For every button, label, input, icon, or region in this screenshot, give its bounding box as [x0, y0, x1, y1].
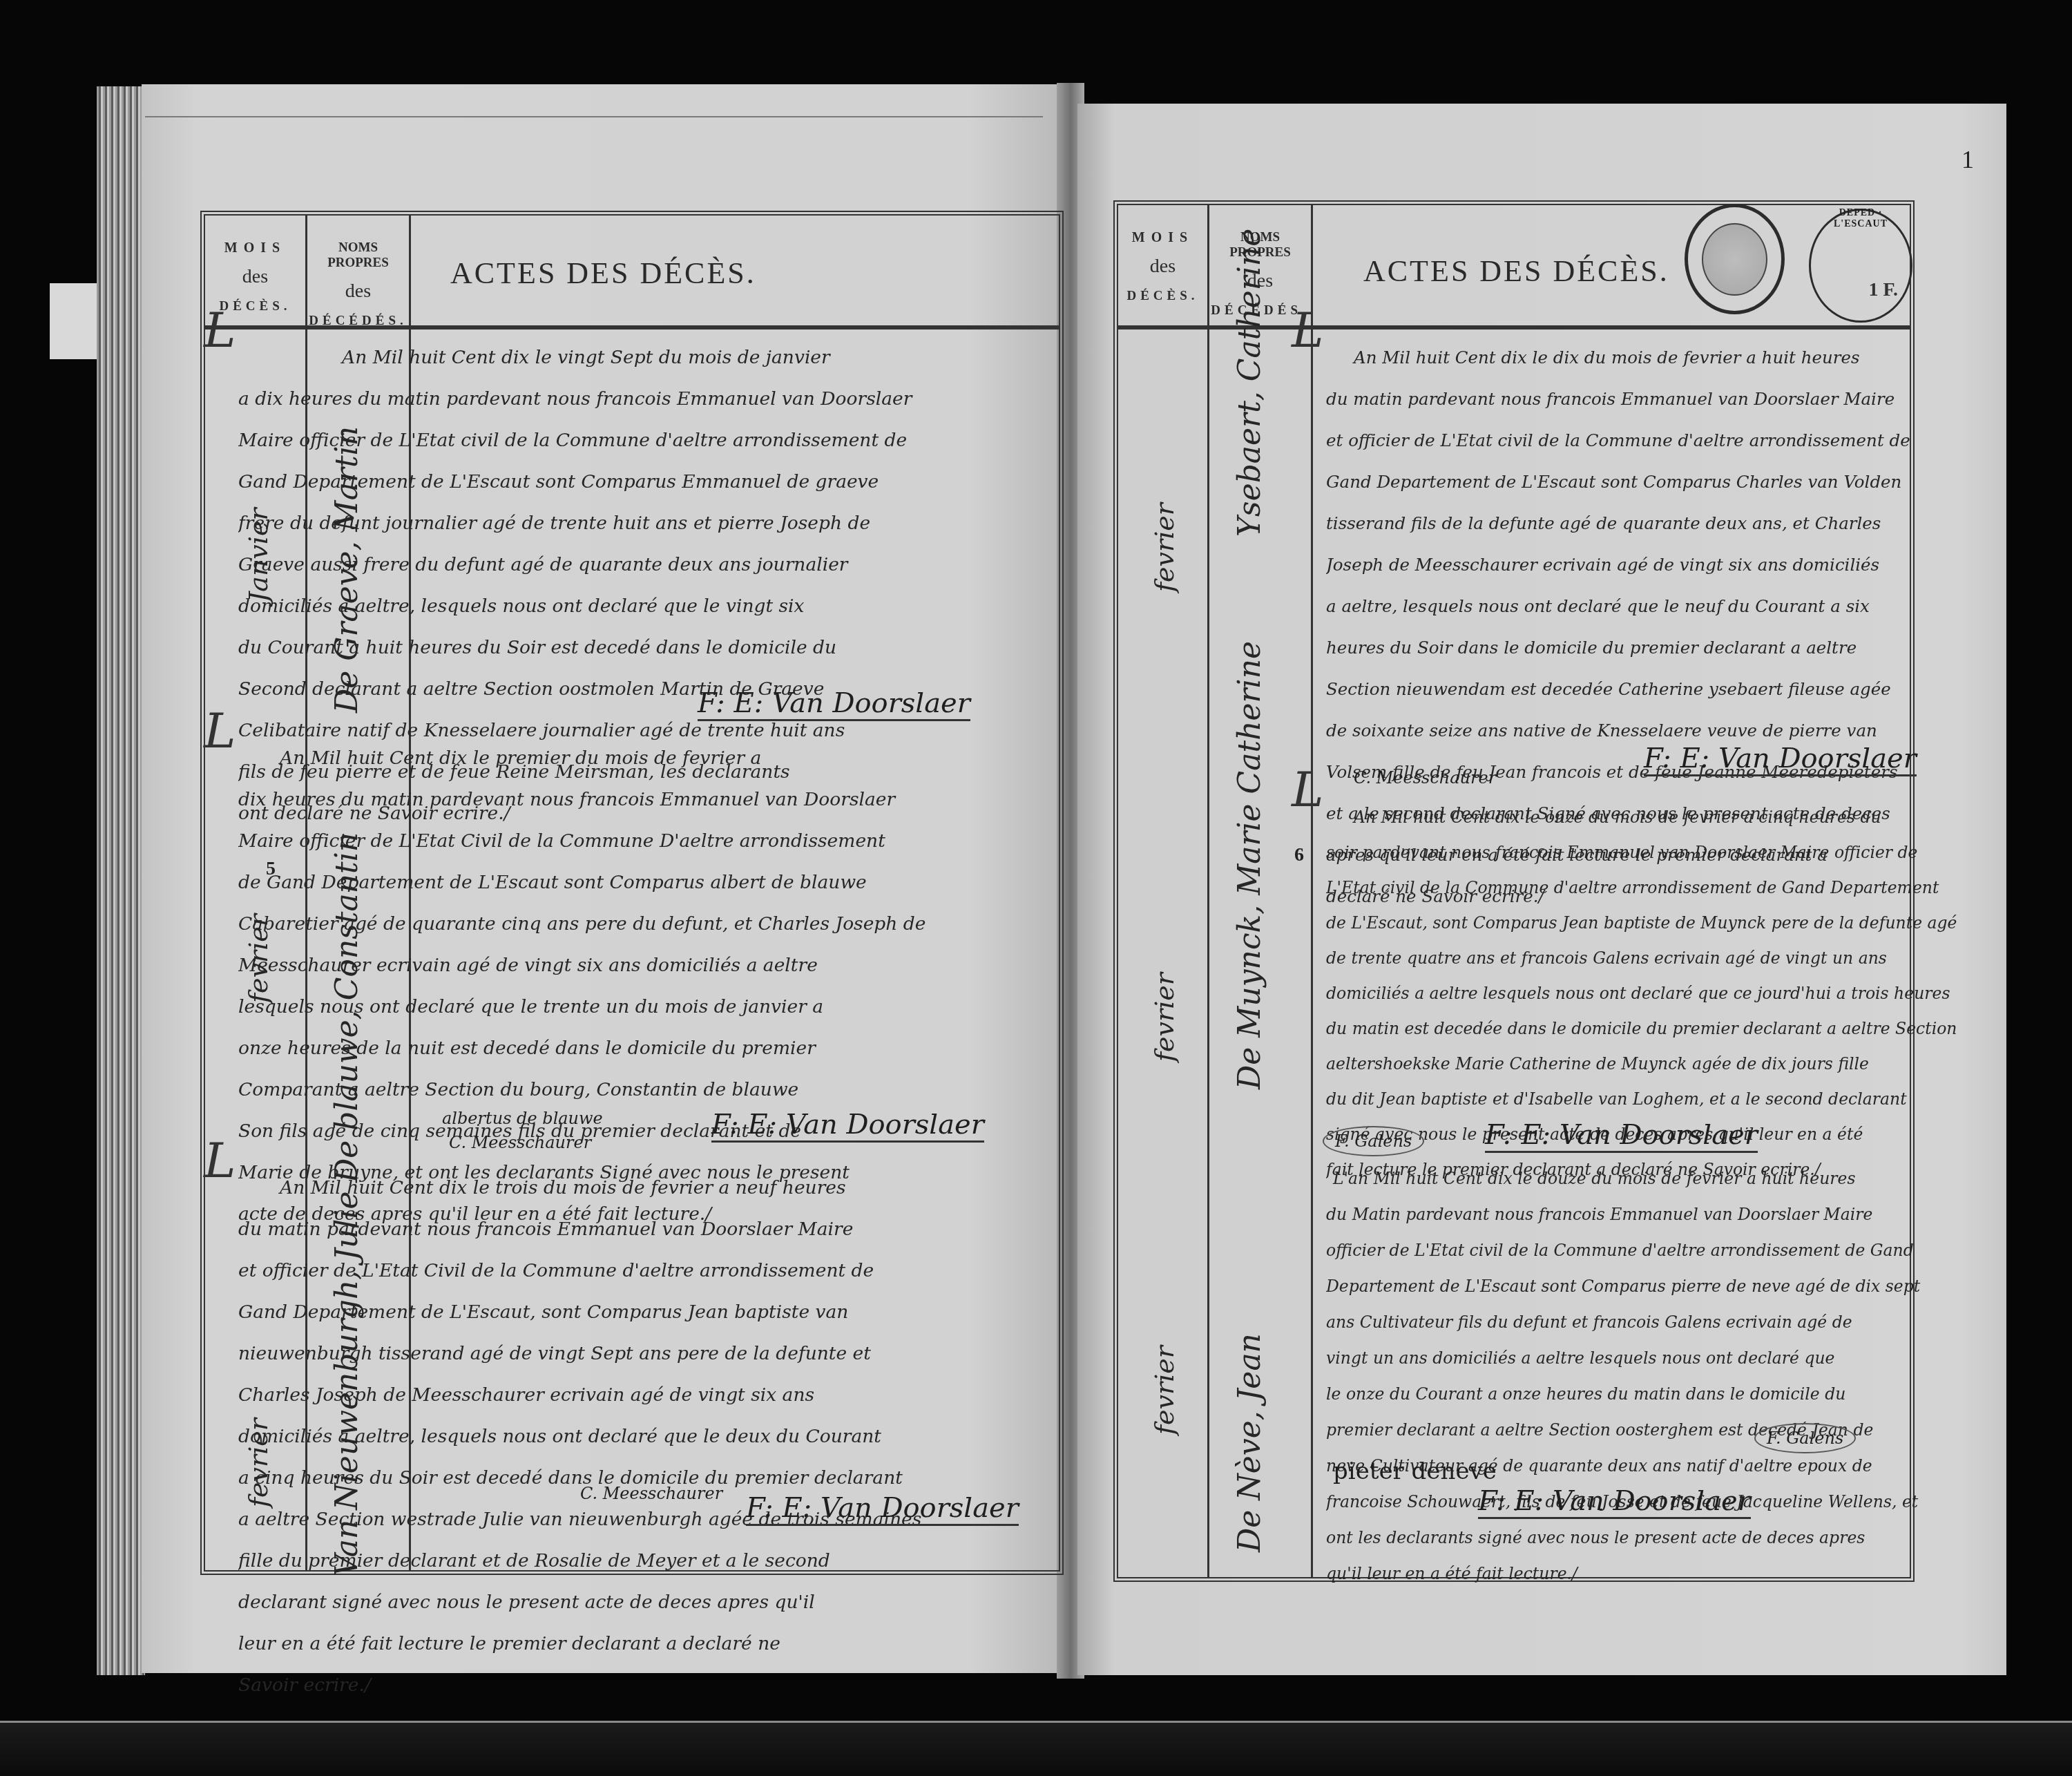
- column-header-names: NOMS PROPRES des DÉCÉDÉS.: [307, 216, 411, 325]
- act-line: Section nieuwendam est decedée Catherine…: [1326, 669, 1982, 710]
- witness-signature: pieter deneve: [1333, 1458, 1497, 1485]
- act-line: Meesschaurer ecrivain agé de vingt six a…: [238, 945, 1081, 986]
- witness-signature: C. Meesschaurer: [449, 1133, 591, 1152]
- act-line: domiciliés a aeltre, lesquels nous ont d…: [238, 586, 1081, 627]
- mayor-signature: F: E: Van Doorslaer: [1644, 743, 1917, 774]
- column-header-line: DÉCÉDÉS.: [307, 314, 409, 329]
- column-header-line: DÉCÈS.: [1118, 289, 1207, 304]
- act-line: ont les declarants signé avec nous le pr…: [1326, 1520, 1989, 1556]
- left-register-header: MOIS des DÉCÈS. NOMS PROPRES des DÉCÉDÉS…: [205, 216, 1059, 330]
- act-line: le onze du Courant a onze heures du mati…: [1326, 1376, 1989, 1412]
- mayor-signature: F: E: Van Doorslaer: [1485, 1119, 1758, 1151]
- act-line: heures du Soir dans le domicile du premi…: [1326, 627, 1982, 669]
- act-paragraph-mark: L: [204, 1140, 236, 1181]
- signature-text: F: E: Van Doorslaer: [698, 687, 970, 721]
- stamp-denomination: 1 F.: [1868, 279, 1898, 301]
- act-line: declarant signé avec nous le present act…: [238, 1582, 1081, 1623]
- act-line: Charles Joseph de Meesschaurer ecrivain …: [238, 1375, 1081, 1416]
- mayor-signature: F: E: Van Doorslaer: [746, 1492, 1019, 1524]
- act-line: vingt un ans domiciliés a aeltre lesquel…: [1326, 1340, 1989, 1376]
- act-line: du Matin pardevant nous francois Emmanue…: [1326, 1196, 1989, 1232]
- witness-signature: C. Meesschaurer: [1354, 768, 1496, 787]
- act-line: officier de L'Etat civil de la Commune d…: [1326, 1232, 1989, 1268]
- act-line: An Mil huit Cent dix le trois du mois de…: [238, 1167, 1081, 1209]
- tax-stamp-extraordinaire: [1685, 204, 1785, 314]
- column-divider: [1207, 330, 1209, 1577]
- act-paragraph-mark: L: [204, 710, 236, 752]
- act-line: du matin pardevant nous francois Emmanue…: [1326, 379, 1982, 420]
- act-line: du Courant a huit heures du Soir est dec…: [238, 627, 1081, 669]
- witness-signature: albertus de blauwe: [442, 1109, 603, 1128]
- act-line: Comparant a aeltre Section du bourg, Con…: [238, 1069, 1081, 1111]
- act-line: de Gand Departement de L'Escaut sont Com…: [238, 862, 1081, 904]
- act-line: et officier de L'Etat civil de la Commun…: [1326, 420, 1982, 461]
- act-line: du matin pardevant nous francois Emmanue…: [238, 1209, 1081, 1250]
- signature-text: F: E: Van Doorslaer: [1478, 1485, 1751, 1519]
- column-header-months: MOIS des DÉCÈS.: [1118, 205, 1209, 325]
- act-line: soir pardevant nous francois Emmanuel va…: [1326, 835, 1989, 870]
- entry-deceased-name: De Nève, Jean: [1232, 1333, 1267, 1552]
- act-line: Gand Departement de L'Escaut sont Compar…: [238, 461, 1081, 503]
- act-paragraph-mark: L: [1292, 309, 1323, 351]
- act-line: Gand Departement de L'Escaut sont Compar…: [1326, 461, 1982, 503]
- entry-number: 6: [1294, 844, 1304, 866]
- act-line: Cabaretier agé de quarante cinq ans pere…: [238, 904, 1081, 945]
- witness-signature: F. Galens: [1323, 1126, 1424, 1156]
- act-line: Joseph de Meesschaurer ecrivain agé de v…: [1326, 544, 1982, 586]
- page-title: ACTES DES DÉCÈS.: [1363, 254, 1669, 289]
- death-act-entry: L An Mil huit Cent dix le premier du moi…: [238, 738, 1081, 1235]
- act-line: du matin est decedée dans le domicile du…: [1326, 1011, 1989, 1047]
- act-line: ans Cultivateur fils du defunt et franco…: [1326, 1304, 1989, 1340]
- column-header-line: NOMS PROPRES: [307, 240, 409, 271]
- stamp-text: DEPED · L'ESCAUT: [1811, 208, 1910, 230]
- act-paragraph-mark: L: [1292, 772, 1323, 808]
- page-title: ACTES DES DÉCÈS.: [450, 256, 756, 291]
- department-stamp-escaut: DEPED · L'ESCAUT 1 F.: [1809, 209, 1912, 323]
- act-line: du dit Jean baptiste et d'Isabelle van L…: [1326, 1082, 1989, 1117]
- column-header-line: des: [205, 266, 305, 288]
- death-act-entry: L An Mil huit Cent dix le trois du mois …: [238, 1167, 1081, 1706]
- mayor-signature: F: E: Van Doorslaer: [711, 1109, 984, 1140]
- column-header-line: MOIS: [205, 240, 305, 256]
- entry-month: fevrier: [1149, 973, 1180, 1062]
- act-line: Maire officier de L'Etat civil de la Com…: [238, 420, 1081, 461]
- act-line: L'an Mil huit Cent dix le douze du mois …: [1326, 1161, 1989, 1196]
- column-header-line: MOIS: [1118, 230, 1207, 246]
- act-line: premier declarant a aeltre Section ooste…: [1326, 1412, 1989, 1448]
- stamp-emblem: [1702, 223, 1767, 296]
- act-line: Savoir ecrire./: [238, 1665, 1081, 1706]
- column-header-line: des: [307, 280, 409, 303]
- act-line: Maire officier de L'Etat Civil de la Com…: [238, 821, 1081, 862]
- act-line: An Mil huit Cent dix le premier du mois …: [238, 738, 1081, 779]
- act-line: de trente quatre ans et francois Galens …: [1326, 941, 1989, 976]
- witness-signature: F. Galens: [1754, 1423, 1856, 1453]
- act-line: tisserand fils de la defunte agé de quar…: [1326, 503, 1982, 544]
- act-line: Graeve aussi frere du defunt agé de quar…: [238, 544, 1081, 586]
- bookmark-tab: [50, 283, 98, 359]
- act-line: a dix heures du matin pardevant nous fra…: [238, 379, 1081, 420]
- entry-deceased-name: Ysebaert, Catherine: [1232, 229, 1267, 537]
- entry-month: fevrier: [1149, 503, 1180, 592]
- signature-text: F: E: Van Doorslaer: [1644, 743, 1917, 776]
- act-line: qu'il leur en a été fait lecture./: [1326, 1556, 1989, 1592]
- act-line: et officier de L'Etat Civil de la Commun…: [238, 1250, 1081, 1292]
- act-line: domiciliés a aeltre, lesquels nous ont d…: [238, 1416, 1081, 1458]
- act-paragraph-mark: L: [204, 309, 236, 351]
- left-page-top-edge: [145, 97, 1043, 117]
- signature-text: F: E: Van Doorslaer: [711, 1109, 984, 1143]
- signature-text: F: E: Van Doorslaer: [1485, 1119, 1758, 1153]
- act-line: Departement de L'Escaut sont Comparus pi…: [1326, 1268, 1989, 1304]
- act-line: onze heures de la nuit est decedé dans l…: [238, 1028, 1081, 1069]
- entry-month: fevrier: [1149, 1346, 1180, 1435]
- act-line: fille du premier declarant et de Rosalie…: [238, 1540, 1081, 1582]
- act-line: domiciliés a aeltre lesquels nous ont de…: [1326, 976, 1989, 1011]
- column-divider: [1311, 330, 1313, 1577]
- act-line: L'Etat civil de la Commune d'aeltre arro…: [1326, 870, 1989, 906]
- column-header-line: des: [1118, 256, 1207, 278]
- scanner-bottom-edge: [0, 1721, 2072, 1776]
- act-line: aeltershoekske Marie Catherine de Muynck…: [1326, 1047, 1989, 1082]
- act-line: frere du defunt journalier agé de trente…: [238, 503, 1081, 544]
- act-line: leur en a été fait lecture le premier de…: [238, 1623, 1081, 1665]
- act-line: dix heures du matin pardevant nous franc…: [238, 779, 1081, 821]
- act-line: An Mil huit Cent dix le onze du mois de …: [1326, 800, 1989, 835]
- act-line: a aeltre, lesquels nous ont declaré que …: [1326, 586, 1982, 627]
- act-line: lesquels nous ont declaré que le trente …: [238, 986, 1081, 1028]
- death-act-entry: L'an Mil huit Cent dix le douze du mois …: [1326, 1161, 1989, 1592]
- act-line: An Mil huit Cent dix le vingt Sept du mo…: [238, 337, 1081, 379]
- act-line: de L'Escaut, sont Comparus Jean baptiste…: [1326, 906, 1989, 941]
- mayor-signature: F: E: Van Doorslaer: [698, 687, 970, 719]
- mayor-signature: F: E: Van Doorslaer: [1478, 1485, 1751, 1517]
- act-line: Gand Departement de L'Escaut, sont Compa…: [238, 1292, 1081, 1333]
- signature-text: F: E: Van Doorslaer: [746, 1492, 1019, 1526]
- witness-signature: C. Meesschaurer: [580, 1484, 722, 1503]
- book-page-edges: [97, 86, 145, 1675]
- act-line: nieuwenburgh tisserand agé de vingt Sept…: [238, 1333, 1081, 1375]
- page-number: 1: [1961, 145, 1974, 174]
- act-line: An Mil huit Cent dix le dix du mois de f…: [1326, 337, 1982, 379]
- entry-deceased-name: De Muynck, Marie Catherine: [1232, 641, 1267, 1089]
